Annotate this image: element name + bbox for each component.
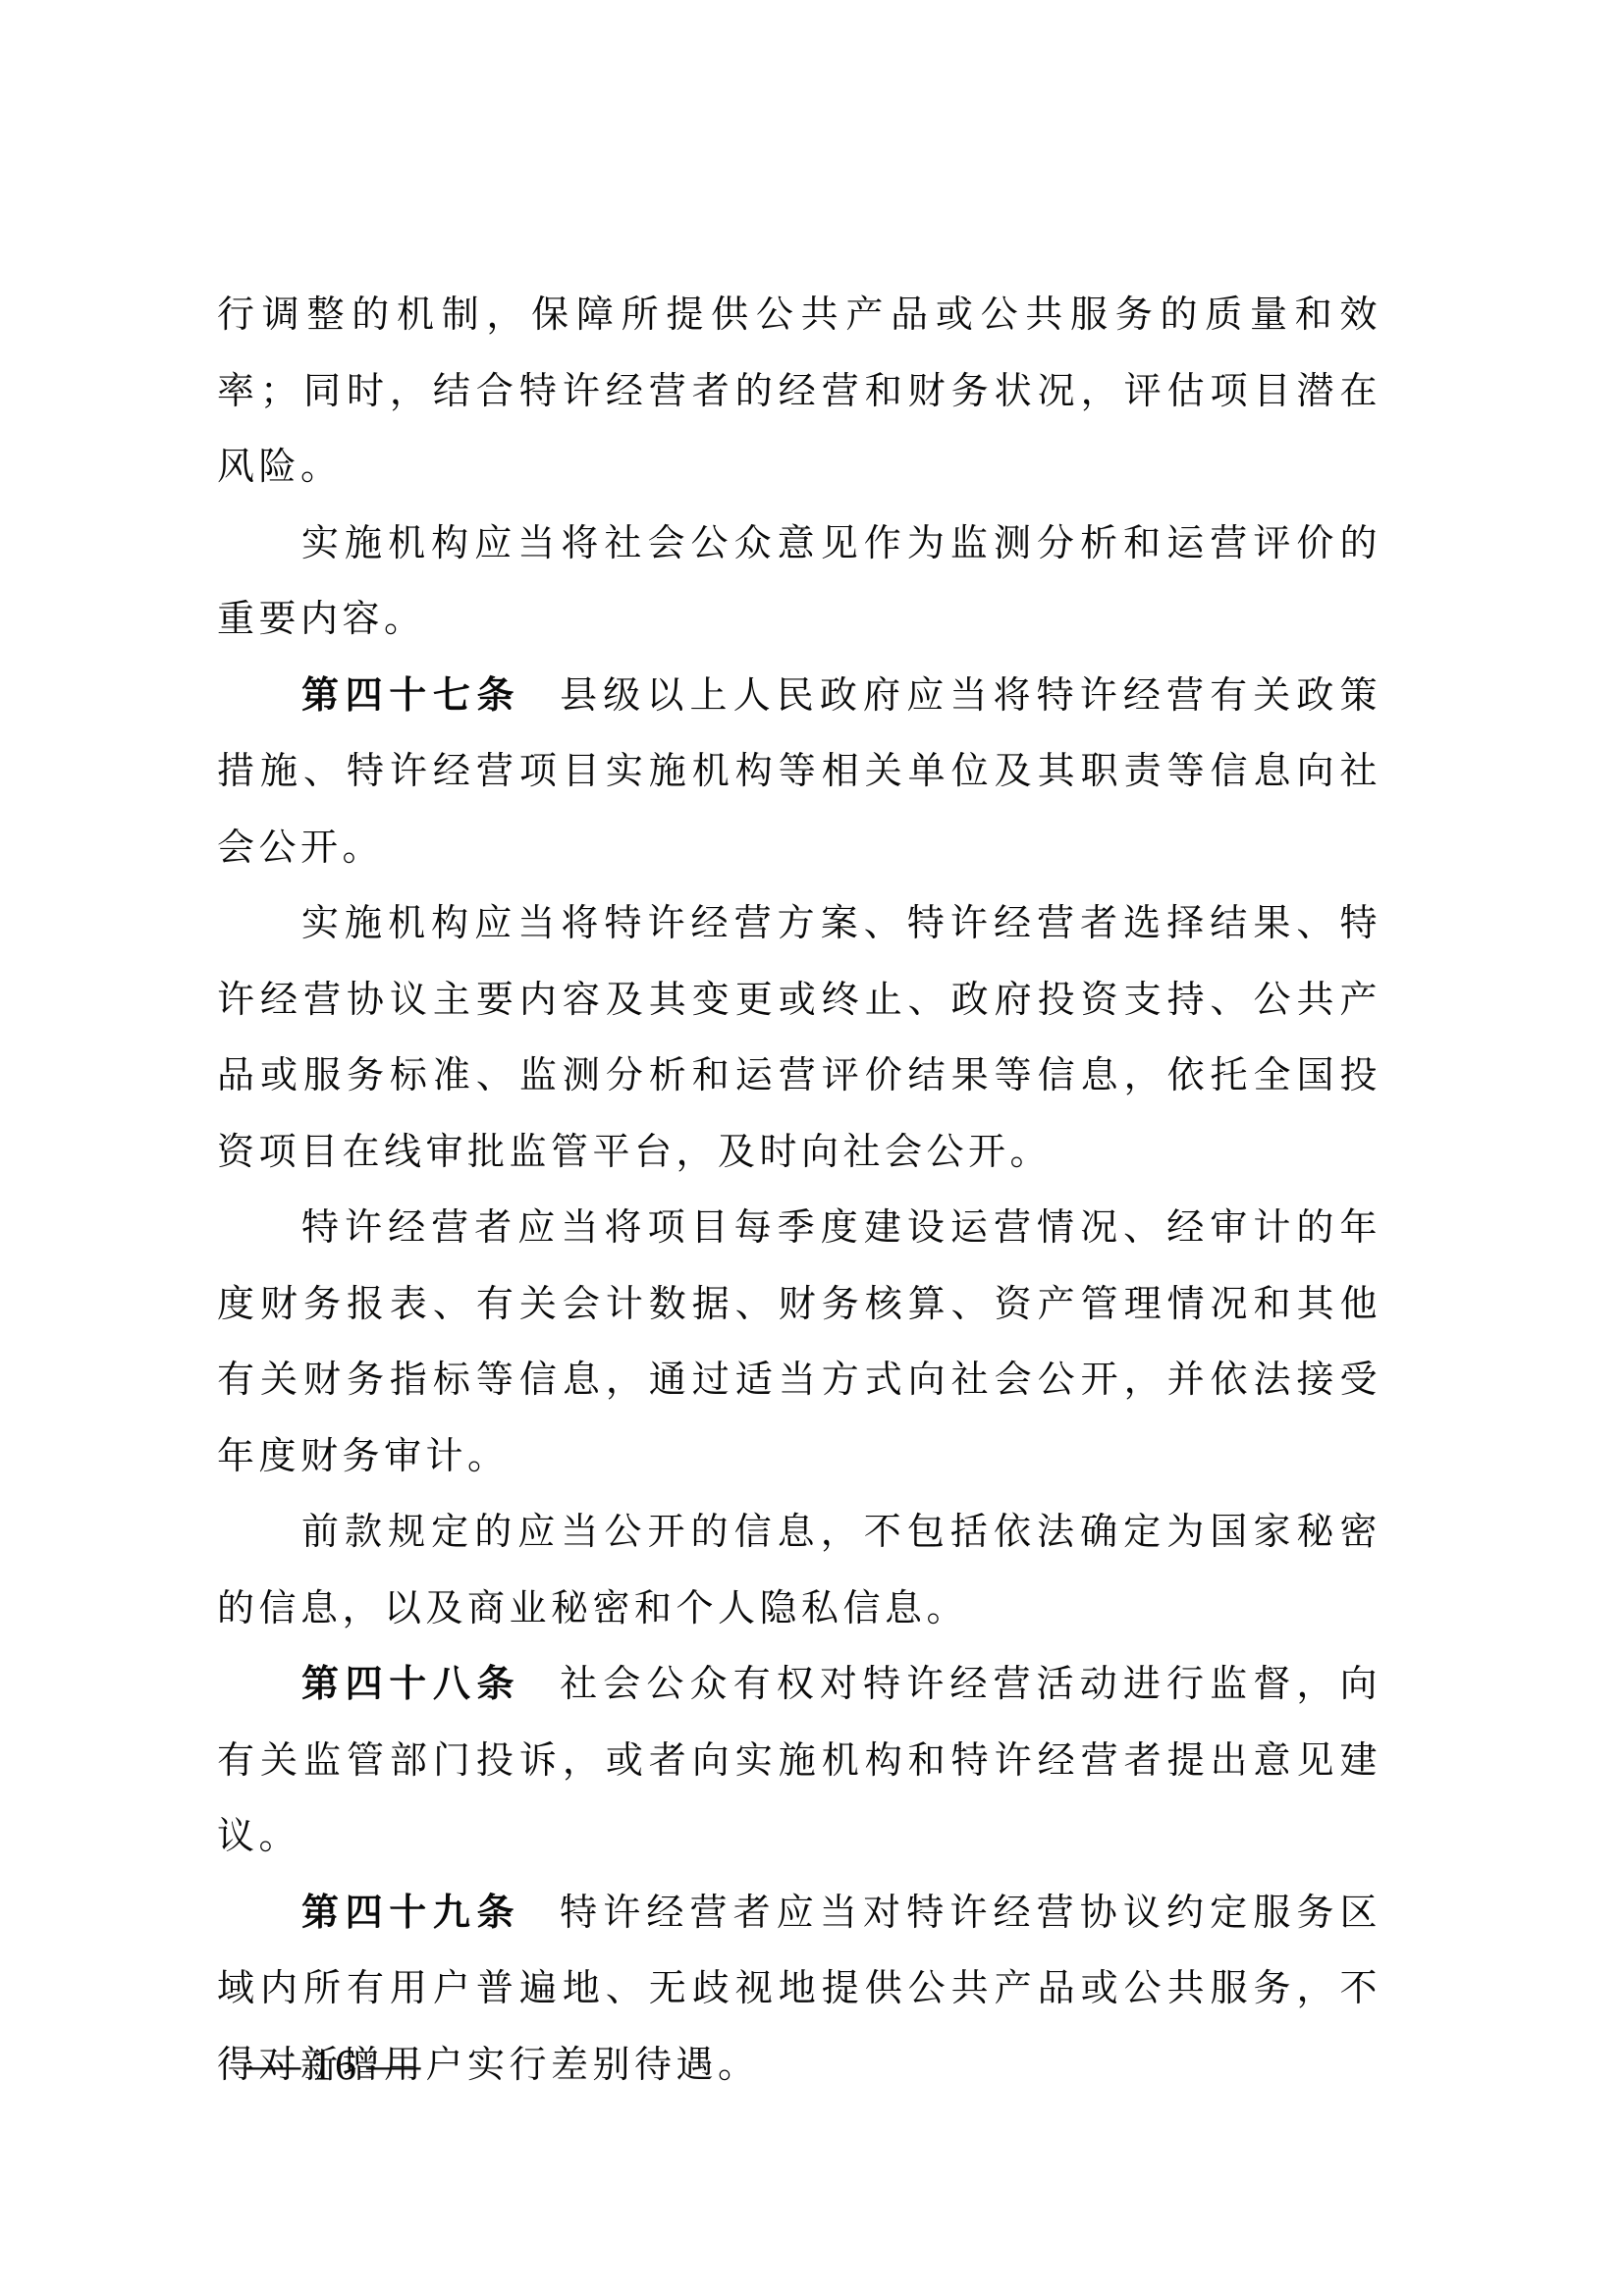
- paragraph: 特许经营者应当将项目每季度建设运营情况、经审计的年度财务报表、有关会计数据、财务…: [217, 1191, 1381, 1495]
- article-heading: 第四十八条: [301, 1664, 520, 1705]
- paragraph-text: 实施机构应当将社会公众意见作为监测分析和运营评价的重要内容。: [217, 523, 1381, 641]
- paragraph-text: 特许经营者应当将项目每季度建设运营情况、经审计的年度财务报表、有关会计数据、财务…: [217, 1207, 1381, 1477]
- paragraph-continuation: 行调整的机制，保障所提供公共产品或公共服务的质量和效率；同时，结合特许经营者的经…: [217, 278, 1381, 507]
- footer-right-dash: —: [366, 2040, 423, 2090]
- footer-left-dash: —: [246, 2040, 303, 2090]
- paragraph-article-47: 第四十七条县级以上人民政府应当将特许经营有关政策措施、特许经营项目实施机构等相关…: [217, 659, 1381, 887]
- paragraph-text: 实施机构应当将特许经营方案、特许经营者选择结果、特许经营协议主要内容及其变更或终…: [217, 903, 1381, 1173]
- article-heading: 第四十七条: [301, 675, 520, 717]
- paragraph: 前款规定的应当公开的信息，不包括依法确定为国家秘密的信息，以及商业秘密和个人隐私…: [217, 1495, 1381, 1647]
- paragraph: 实施机构应当将社会公众意见作为监测分析和运营评价的重要内容。: [217, 507, 1381, 659]
- paragraph-text: 前款规定的应当公开的信息，不包括依法确定为国家秘密的信息，以及商业秘密和个人隐私…: [217, 1512, 1381, 1629]
- document-page: 行调整的机制，保障所提供公共产品或公共服务的质量和效率；同时，结合特许经营者的经…: [0, 0, 1624, 2296]
- paragraph-article-48: 第四十八条社会公众有权对特许经营活动进行监督，向有关监管部门投诉，或者向实施机构…: [217, 1647, 1381, 1876]
- document-body: 行调整的机制，保障所提供公共产品或公共服务的质量和效率；同时，结合特许经营者的经…: [217, 278, 1381, 2104]
- article-heading: 第四十九条: [301, 1893, 520, 1934]
- page-footer: —16—: [239, 2040, 431, 2090]
- page-number: 16: [311, 2040, 358, 2090]
- paragraph-text: 行调整的机制，保障所提供公共产品或公共服务的质量和效率；同时，结合特许经营者的经…: [217, 294, 1381, 488]
- paragraph: 实施机构应当将特许经营方案、特许经营者选择结果、特许经营协议主要内容及其变更或终…: [217, 886, 1381, 1191]
